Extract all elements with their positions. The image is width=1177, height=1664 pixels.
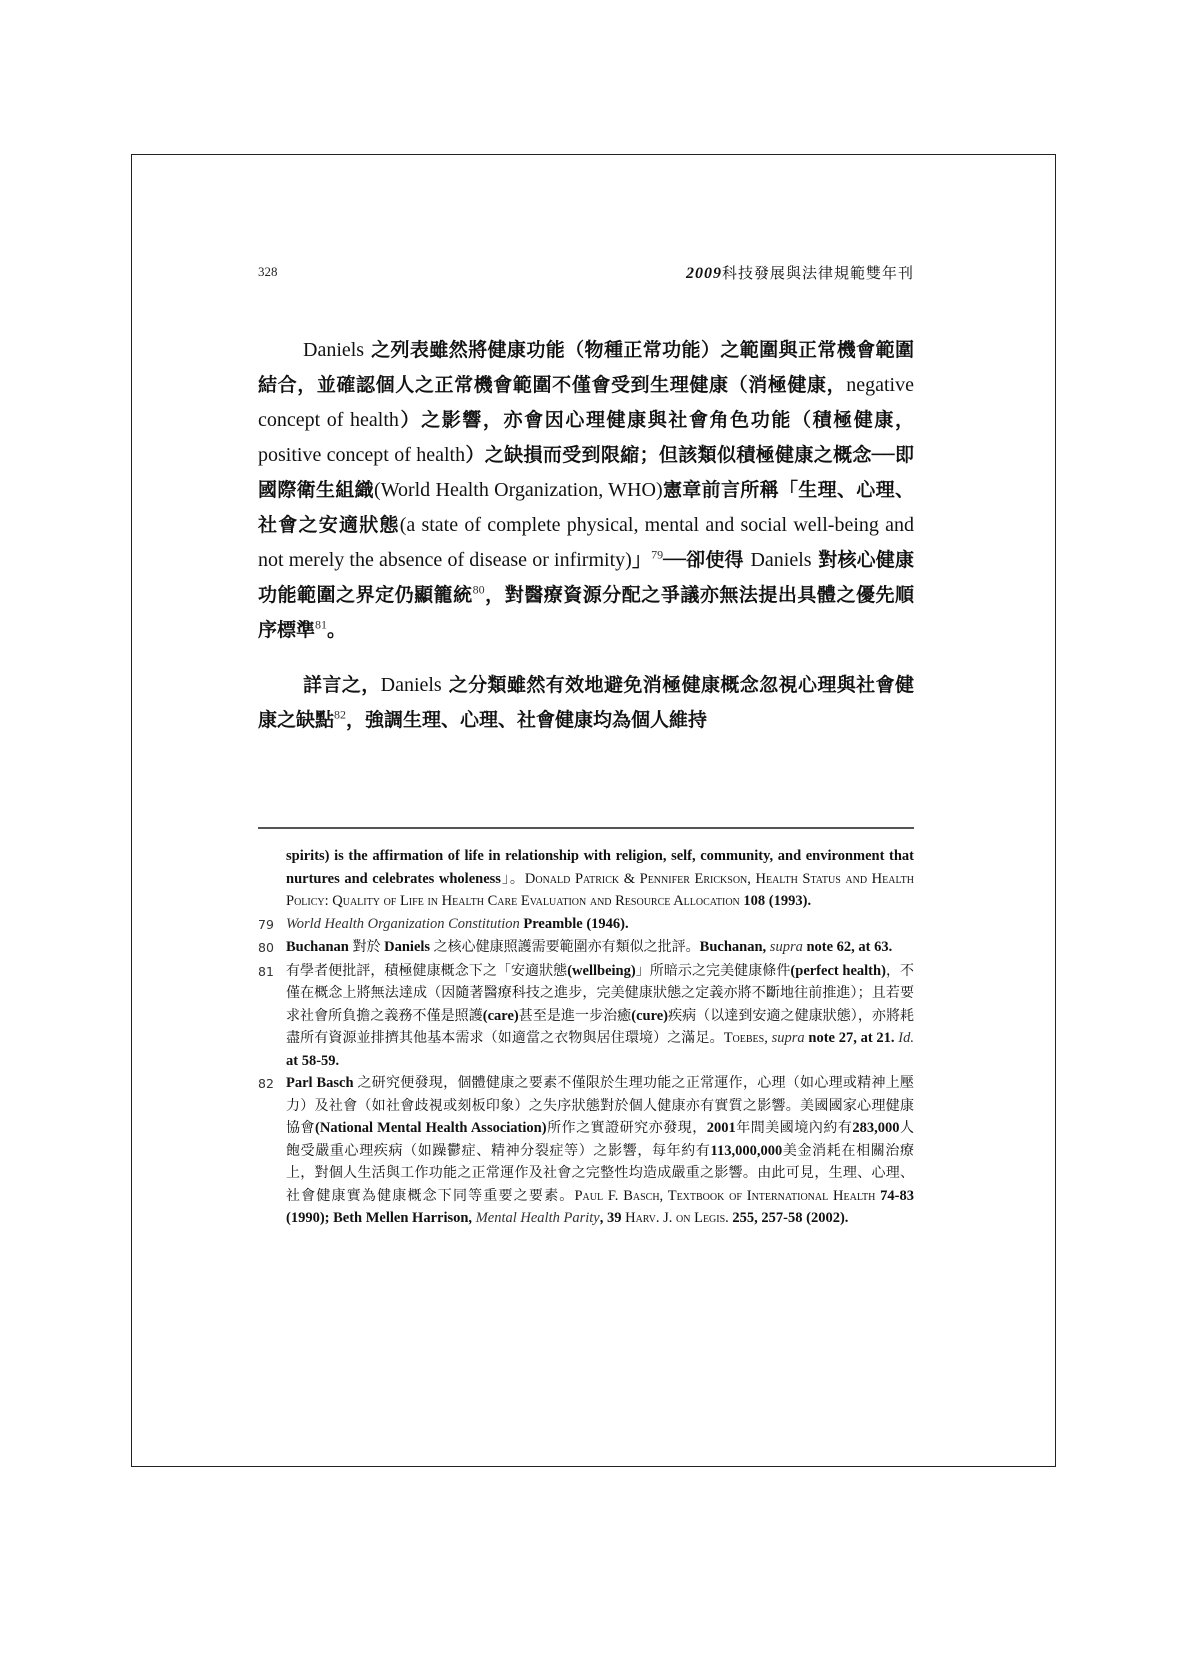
text-segment: 有學者便批評，積極健康概念下之「安適狀態 bbox=[286, 963, 567, 979]
text-segment: supra bbox=[772, 1030, 805, 1046]
footnote-ref[interactable]: 79 bbox=[651, 548, 663, 562]
body-paragraph-2: 詳言之，Daniels 之分類雖然有效地避免消極健康概念忽視心理與社會健康之缺點… bbox=[258, 668, 914, 738]
text-segment: (National Mental Health Association) bbox=[315, 1120, 547, 1136]
footnote-number: 80 bbox=[258, 936, 286, 960]
text-segment: 。 bbox=[327, 619, 346, 641]
text-segment: positive concept of health bbox=[258, 444, 465, 466]
text-segment: (care) bbox=[483, 1008, 519, 1024]
text-segment: 之核心健康照護需要範圍亦有類似之批評。 bbox=[434, 939, 700, 955]
text-segment: supra bbox=[770, 939, 803, 955]
text-segment: Paul F. Basch, Textbook of International… bbox=[574, 1188, 875, 1204]
footnote-text: World Health Organization Constitution P… bbox=[286, 913, 914, 937]
page-number: 328 bbox=[258, 264, 278, 280]
text-segment: 對於 bbox=[353, 939, 381, 955]
text-segment: Daniels bbox=[303, 339, 364, 361]
text-segment: Id. bbox=[898, 1030, 914, 1046]
text-segment: 年間美國境內約有 bbox=[736, 1120, 853, 1136]
footnote-81: 81有學者便批評，積極健康概念下之「安適狀態(wellbeing)」所暗示之完美… bbox=[258, 960, 914, 1073]
footnote-continuation: spirits) is the affirmation of life in r… bbox=[258, 845, 914, 913]
footnote-separator bbox=[258, 827, 914, 829]
text-segment: Daniels bbox=[381, 674, 442, 696]
text-segment: ──卻使得 bbox=[663, 549, 750, 571]
text-segment: (wellbeing) bbox=[567, 963, 635, 979]
footnote-82: 82Parl Basch 之研究便發現，個體健康之要素不僅限於生理功能之正常運作… bbox=[258, 1072, 914, 1230]
text-segment: 」。 bbox=[501, 871, 525, 887]
text-segment: (cure) bbox=[631, 1008, 668, 1024]
text-segment: ）之影響，亦會因心理健康與社會角色功能（積極健康， bbox=[399, 409, 914, 431]
text-segment: World Health Organization Constitution bbox=[286, 916, 520, 932]
text-segment: 詳言之， bbox=[303, 674, 381, 696]
running-header: 328 2009科技發展與法律規範雙年刊 bbox=[258, 262, 914, 284]
footnote-text: 有學者便批評，積極健康概念下之「安適狀態(wellbeing)」所暗示之完美健康… bbox=[286, 960, 914, 1073]
text-segment: (World Health Organization, WHO) bbox=[374, 479, 663, 501]
footnote-text: Buchanan 對於 Daniels 之核心健康照護需要範圍亦有類似之批評。B… bbox=[286, 936, 914, 960]
text-segment: (perfect health) bbox=[790, 963, 885, 979]
text-segment: 」所暗示之完美健康條件 bbox=[636, 963, 791, 979]
text-segment: 113,000,000 bbox=[711, 1143, 783, 1159]
journal-name: 科技發展與法律規範雙年刊 bbox=[722, 264, 914, 282]
text-segment: Daniels bbox=[381, 939, 434, 955]
text-segment: 2001 bbox=[707, 1120, 736, 1136]
footnote-text: spirits) is the affirmation of life in r… bbox=[286, 845, 914, 913]
text-segment: Harv. J. on Legis. bbox=[625, 1210, 729, 1226]
text-segment: 所作之實證研究亦發現， bbox=[547, 1120, 707, 1136]
text-segment: 283,000 bbox=[852, 1120, 899, 1136]
body-text: Daniels 之列表雖然將健康功能（物種正常功能）之範圍與正常機會範圍結合，並… bbox=[258, 333, 914, 738]
text-segment: Preamble (1946). bbox=[520, 916, 629, 932]
text-segment: Buchanan bbox=[286, 939, 353, 955]
footnote-ref[interactable]: 81 bbox=[315, 618, 327, 632]
text-segment: Daniels bbox=[750, 549, 811, 571]
footnote-number: 82 bbox=[258, 1072, 286, 1230]
text-segment: 」 bbox=[632, 549, 651, 571]
footnote-ref[interactable]: 80 bbox=[473, 583, 485, 597]
text-segment: Parl Basch bbox=[286, 1075, 357, 1091]
footnote-number: 81 bbox=[258, 960, 286, 1073]
text-segment: Buchanan, bbox=[700, 939, 770, 955]
footnote-80: 80Buchanan 對於 Daniels 之核心健康照護需要範圍亦有類似之批評… bbox=[258, 936, 914, 960]
text-segment: Toebes, bbox=[724, 1030, 772, 1046]
journal-year: 2009 bbox=[686, 265, 722, 282]
footnote-79: 79World Health Organization Constitution… bbox=[258, 913, 914, 937]
text-segment: ，強調生理、心理、社會健康均為個人維持 bbox=[346, 709, 707, 731]
text-segment: 108 (1993). bbox=[740, 893, 811, 909]
text-segment: at 58-59. bbox=[286, 1053, 339, 1069]
text-segment: 255, 257-58 (2002). bbox=[729, 1210, 849, 1226]
footnote-text: Parl Basch 之研究便發現，個體健康之要素不僅限於生理功能之正常運作，心… bbox=[286, 1072, 914, 1230]
footnotes: spirits) is the affirmation of life in r… bbox=[258, 845, 914, 1230]
text-segment: note 27, at 21. bbox=[805, 1030, 899, 1046]
text-segment: 甚至是進一步治癒 bbox=[519, 1008, 632, 1024]
text-segment: , 39 bbox=[600, 1210, 625, 1226]
text-segment: note 62, at 63. bbox=[803, 939, 892, 955]
footnote-number: 79 bbox=[258, 913, 286, 937]
body-paragraph-1: Daniels 之列表雖然將健康功能（物種正常功能）之範圍與正常機會範圍結合，並… bbox=[258, 333, 914, 648]
footnote-ref[interactable]: 82 bbox=[334, 708, 346, 722]
journal-title: 2009科技發展與法律規範雙年刊 bbox=[686, 262, 914, 283]
text-segment: Mental Health Parity bbox=[476, 1210, 600, 1226]
